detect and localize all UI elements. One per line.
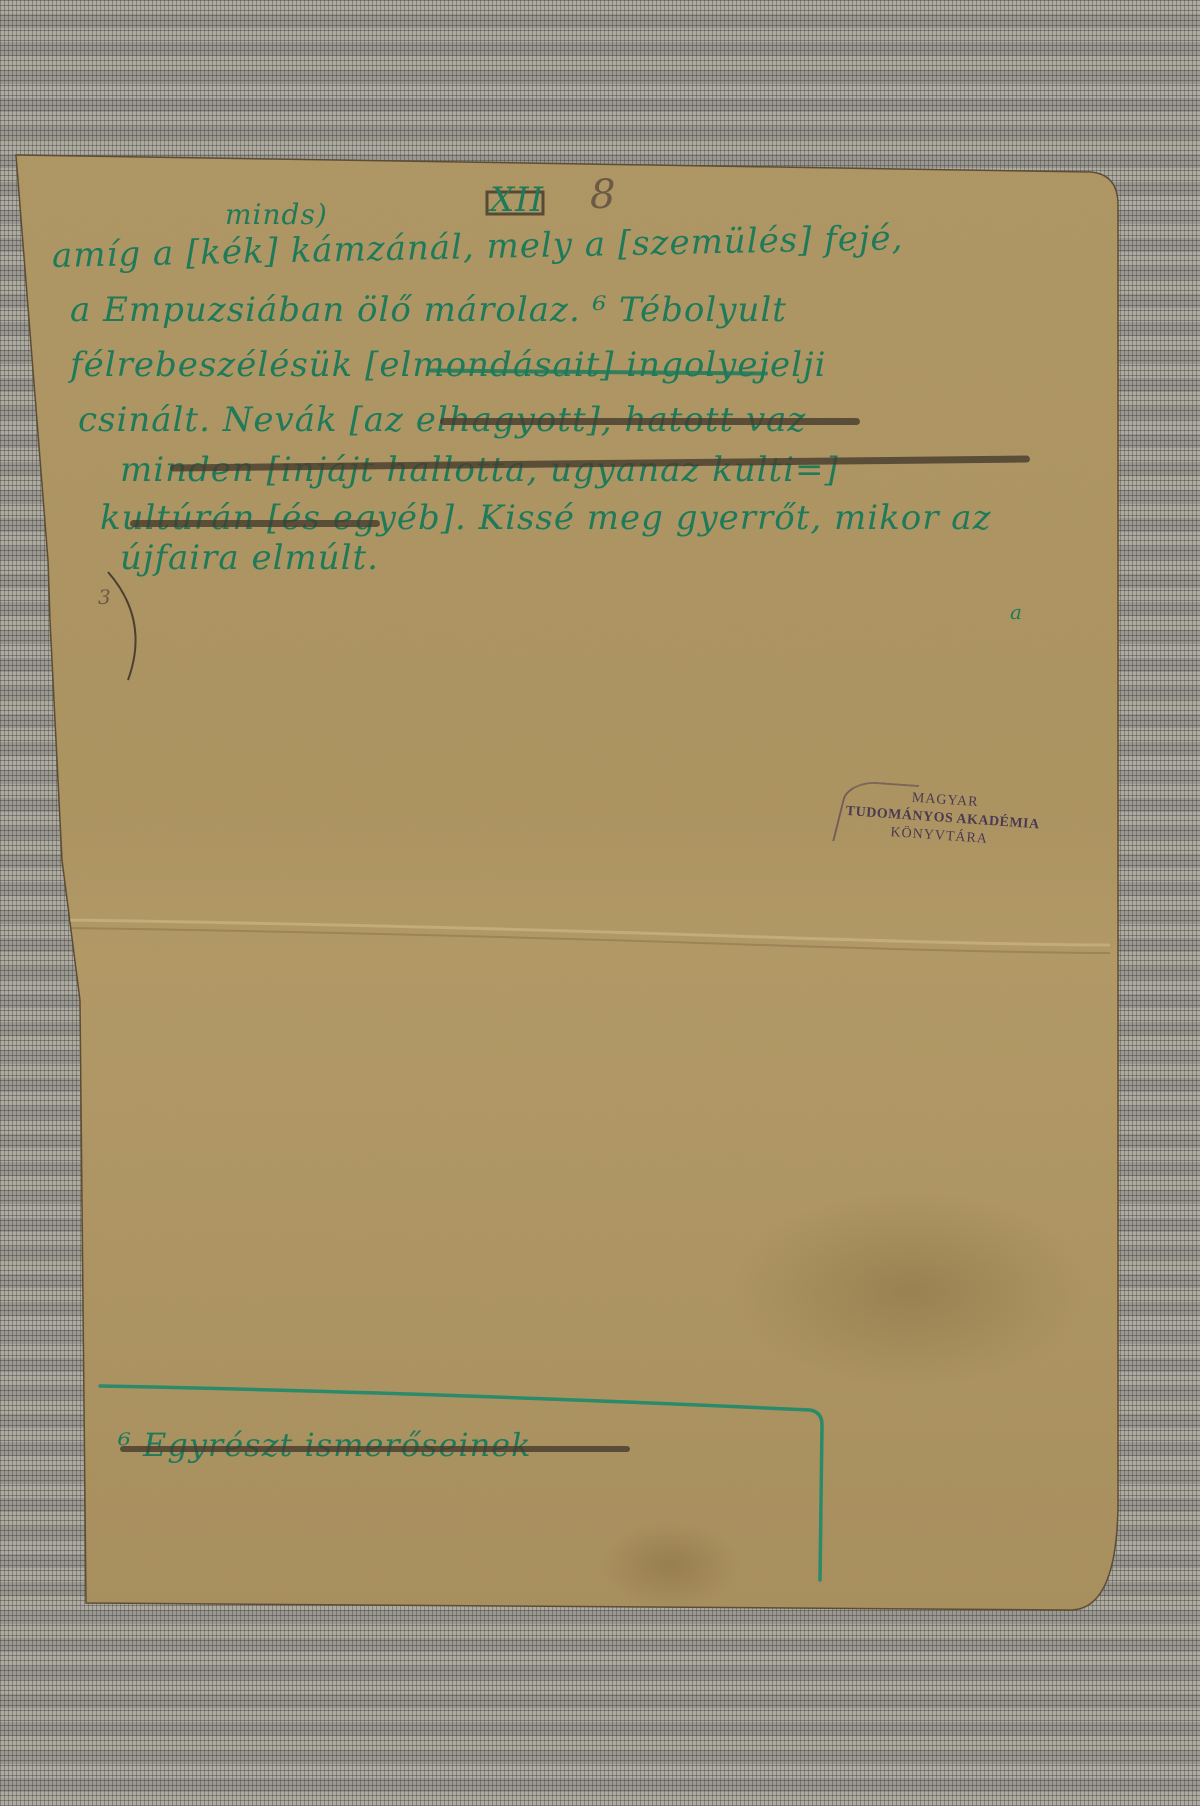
margin-numeral: 3 (98, 585, 111, 609)
stamp-line-1: MAGYAR (911, 791, 979, 812)
page-number: 8 (590, 172, 615, 218)
text-line-insertion: minds) (225, 198, 328, 231)
text-line-7: újfaira elmúlt. (120, 538, 379, 578)
water-stain (730, 1190, 1090, 1390)
roman-numeral-struck: XII (490, 180, 544, 220)
library-stamp: MAGYAR TUDOMÁNYOS AKADÉMIA KÖNYVTÁRA (842, 780, 1047, 874)
text-line-2: a Empuzsiában ölő márolaz. ⁶ Tébolyult (70, 290, 787, 330)
water-stain (600, 1520, 740, 1610)
text-line-3: félrebeszélésük [elmondásait] ingolyejel… (70, 345, 826, 385)
margin-ink-mark: a (1010, 600, 1023, 624)
manuscript-page: XII 8 minds) amíg a [kék] kámzánál, mely… (0, 0, 1200, 1806)
text-line-6: kultúrán [és egyéb]. Kissé meg gyerrőt, … (100, 498, 991, 538)
footnote-strikethrough (120, 1446, 630, 1452)
strikethrough (440, 418, 860, 425)
strikethrough (130, 520, 380, 527)
footnote-text: ⁶ Egyrészt ismerőseinek (118, 1426, 532, 1464)
